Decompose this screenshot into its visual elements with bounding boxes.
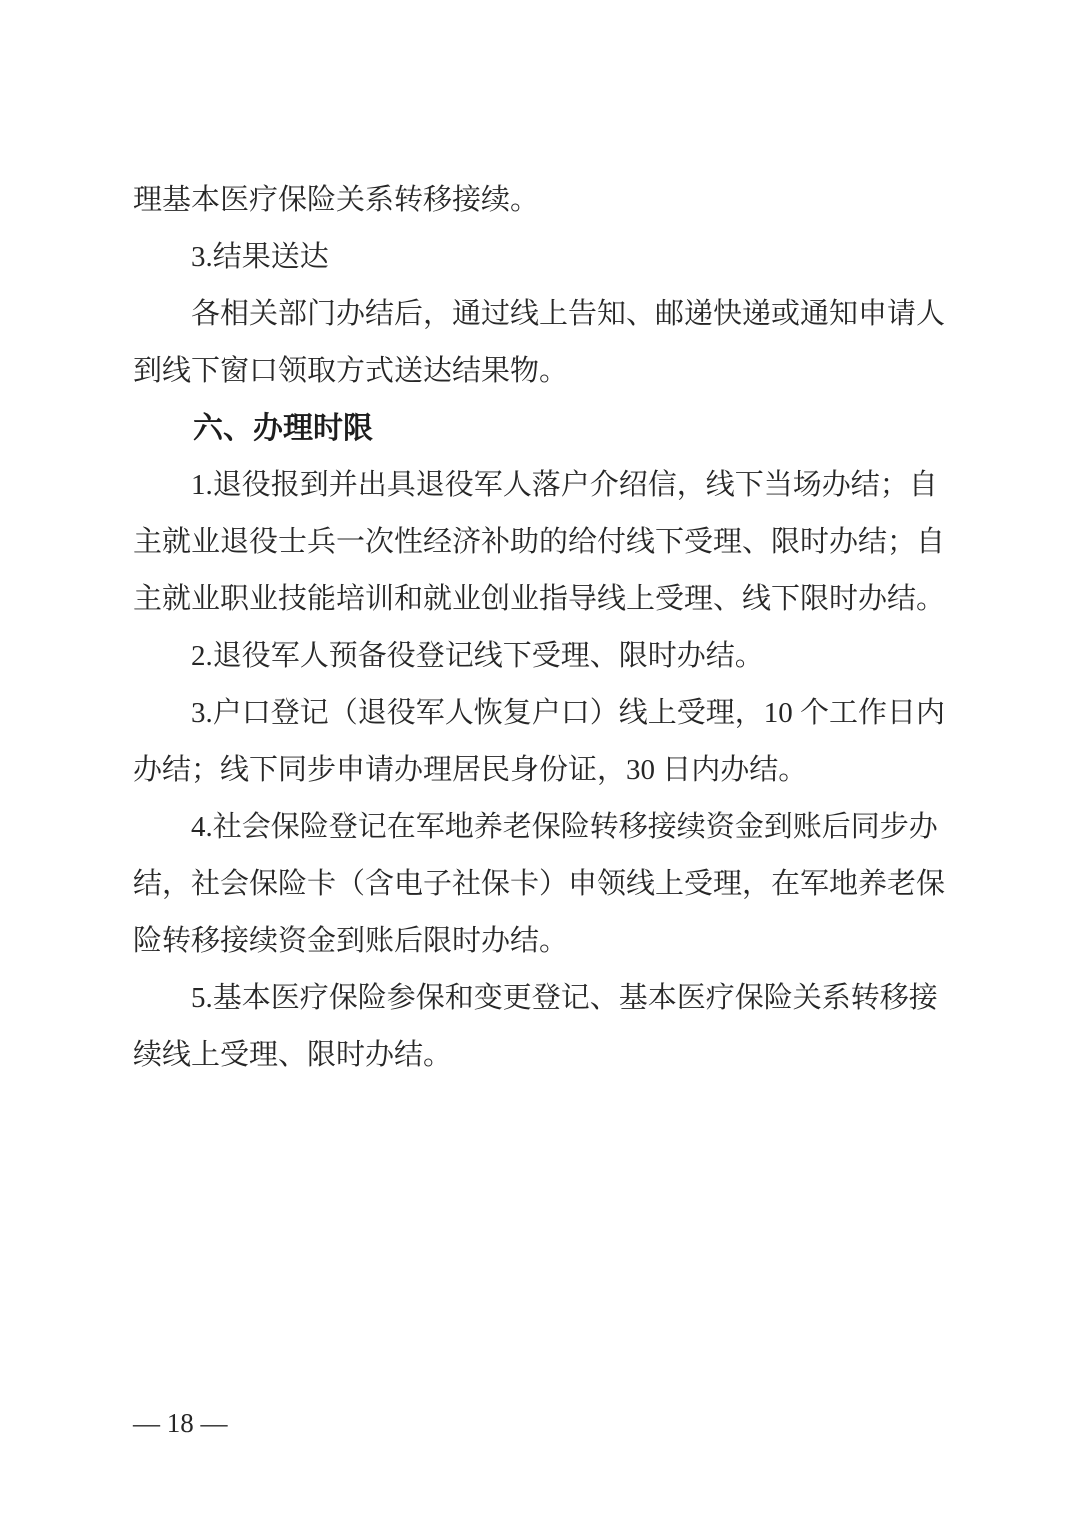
text-line: 结，社会保险卡（含电子社保卡）申领线上受理，在军地养老保 [133,856,949,913]
text-line: 主就业退役士兵一次性经济补助的给付线下受理、限时办结；自 [133,514,949,571]
text-line: 2.退役军人预备役登记线下受理、限时办结。 [133,628,949,685]
text-line: 险转移接续资金到账后限时办结。 [133,913,949,970]
text-line: 3.结果送达 [133,229,949,286]
text-line: 到线下窗口领取方式送达结果物。 [133,343,949,400]
text-line: 4.社会保险登记在军地养老保险转移接续资金到账后同步办 [133,799,949,856]
text-line: 5.基本医疗保险参保和变更登记、基本医疗保险关系转移接 [133,970,949,1027]
text-line: 3.户口登记（退役军人恢复户口）线上受理，10 个工作日内 [133,685,949,742]
document-body: 理基本医疗保险关系转移接续。3.结果送达各相关部门办结后，通过线上告知、邮递快递… [133,172,949,1084]
text-line: 续线上受理、限时办结。 [133,1027,949,1084]
text-line: 1.退役报到并出具退役军人落户介绍信，线下当场办结；自 [133,457,949,514]
text-line: 理基本医疗保险关系转移接续。 [133,172,949,229]
text-line: 办结；线下同步申请办理居民身份证，30 日内办结。 [133,742,949,799]
text-line: 主就业职业技能培训和就业创业指导线上受理、线下限时办结。 [133,571,949,628]
section-heading-line: 六、办理时限 [133,400,949,457]
page-number: — 18 — [133,1408,228,1439]
text-line: 各相关部门办结后，通过线上告知、邮递快递或通知申请人 [133,286,949,343]
document-page: 理基本医疗保险关系转移接续。3.结果送达各相关部门办结后，通过线上告知、邮递快递… [0,0,1080,1527]
